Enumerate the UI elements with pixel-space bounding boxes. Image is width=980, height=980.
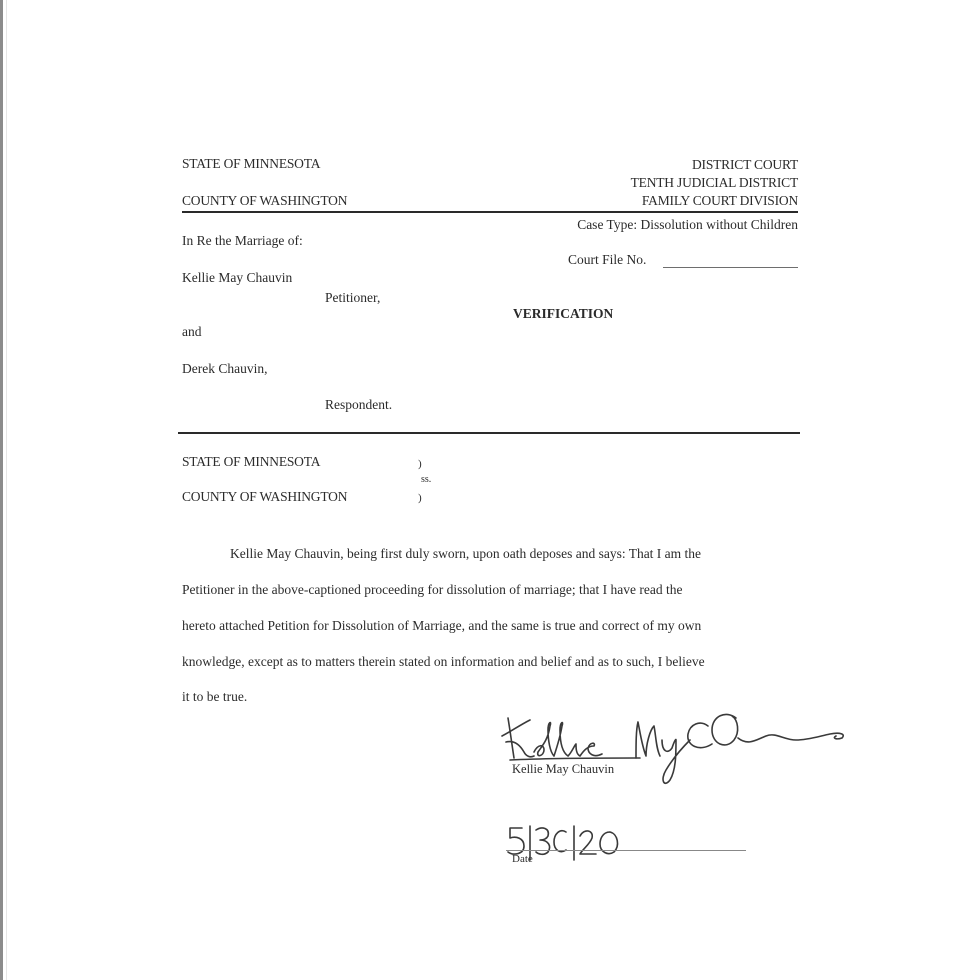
venue-ss: ss. (421, 472, 431, 488)
venue-state: STATE OF MINNESOTA (182, 454, 320, 470)
caption-county: COUNTY OF WASHINGTON (182, 193, 347, 209)
and-conjunction: and (182, 324, 202, 340)
scan-edge (0, 0, 3, 980)
scan-edge-shadow (6, 0, 7, 980)
court-name: DISTRICT COURT (692, 157, 798, 173)
date-line (506, 850, 746, 851)
court-division: FAMILY COURT DIVISION (642, 193, 798, 209)
body-line: hereto attached Petition for Dissolution… (182, 618, 701, 634)
body-line: knowledge, except as to matters therein … (182, 654, 705, 670)
court-file-blank (663, 267, 798, 268)
handwritten-signature (490, 700, 870, 800)
case-type: Case Type: Dissolution without Children (577, 217, 798, 233)
document-title: VERIFICATION (513, 306, 613, 322)
signatory-printed-name: Kellie May Chauvin (512, 761, 614, 777)
court-file-label: Court File No. (568, 252, 646, 268)
venue-paren-bottom: ) (418, 490, 422, 506)
caption-rule-bottom (178, 432, 800, 434)
caption-rule-top (182, 211, 798, 213)
petitioner-role: Petitioner, (325, 290, 380, 306)
venue-county: COUNTY OF WASHINGTON (182, 489, 347, 505)
body-line: Petitioner in the above-captioned procee… (182, 582, 682, 598)
respondent-name: Derek Chauvin, (182, 361, 267, 377)
judicial-district: TENTH JUDICIAL DISTRICT (631, 175, 798, 191)
body-line: Kellie May Chauvin, being first duly swo… (230, 546, 701, 562)
in-re-marriage: In Re the Marriage of: (182, 233, 303, 249)
caption-state: STATE OF MINNESOTA (182, 156, 320, 172)
petitioner-name: Kellie May Chauvin (182, 270, 292, 286)
venue-paren-top: ) (418, 456, 422, 472)
body-line: it to be true. (182, 689, 247, 705)
respondent-role: Respondent. (325, 397, 392, 413)
date-label: Date (512, 851, 533, 867)
